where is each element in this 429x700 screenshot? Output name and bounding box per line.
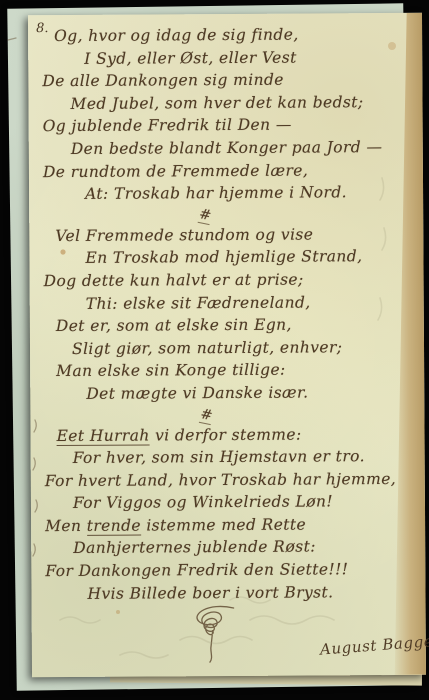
stanza-divider: # <box>36 405 408 426</box>
poem-line: Dog dette kun halvt er at prise; <box>36 270 408 295</box>
poem-line: Det er, som at elske sin Egn, <box>36 315 408 340</box>
poem: Og, hvor og idag de sig finde,I Syd, ell… <box>34 25 410 608</box>
poem-line: Vel Fremmede stundom og vise <box>35 225 407 250</box>
poem-line: Danhjerternes jublende Røst: <box>37 537 409 562</box>
manuscript-scan: 8. Og, hvor og idag de sig finde,I Syd, … <box>0 0 429 700</box>
poem-line: Man elske sin Konge tillige: <box>36 360 408 385</box>
stanza-divider: # <box>35 206 407 227</box>
poem-line: At: Troskab har hjemme i Nord. <box>35 183 407 208</box>
poem-line: For Viggos og Winkelrieds Løn! <box>37 492 409 517</box>
poem-line: Med Jubel, som hver det kan bedst; <box>34 93 406 118</box>
poem-line: I Syd, eller Øst, eller Vest <box>34 47 406 72</box>
manuscript-page: 8. Og, hvor og idag de sig finde,I Syd, … <box>28 13 426 677</box>
poem-line: For Dankongen Fredrik den Siette!!! <box>37 560 409 585</box>
poem-line: Og, hvor og idag de sig finde, <box>34 25 406 50</box>
poem-line: En Troskab mod hjemlige Strand, <box>35 247 407 272</box>
poem-line: For hver, som sin Hjemstavn er tro. <box>37 447 409 472</box>
poem-line: Sligt giør, som naturligt, enhver; <box>36 338 408 363</box>
poem-line: Og jublende Fredrik til Den — <box>35 115 407 140</box>
poem-line: Men trende istemme med Rette <box>37 515 409 540</box>
poem-line: Den bedste blandt Konger paa Jord — <box>35 138 407 163</box>
poem-line: Det mægte vi Danske især. <box>36 383 408 408</box>
flourish-swirl-icon <box>184 602 244 668</box>
poem-line: De alle Dankongen sig minde <box>34 70 406 95</box>
poem-line: For hvert Land, hvor Troskab har hjemme, <box>37 470 409 495</box>
poem-line: Thi: elske sit Fædreneland, <box>36 292 408 317</box>
poem-line: Eet Hurrah vi derfor stemme: <box>36 424 408 449</box>
poem-line: De rundtom de Fremmede lære, <box>35 160 407 185</box>
